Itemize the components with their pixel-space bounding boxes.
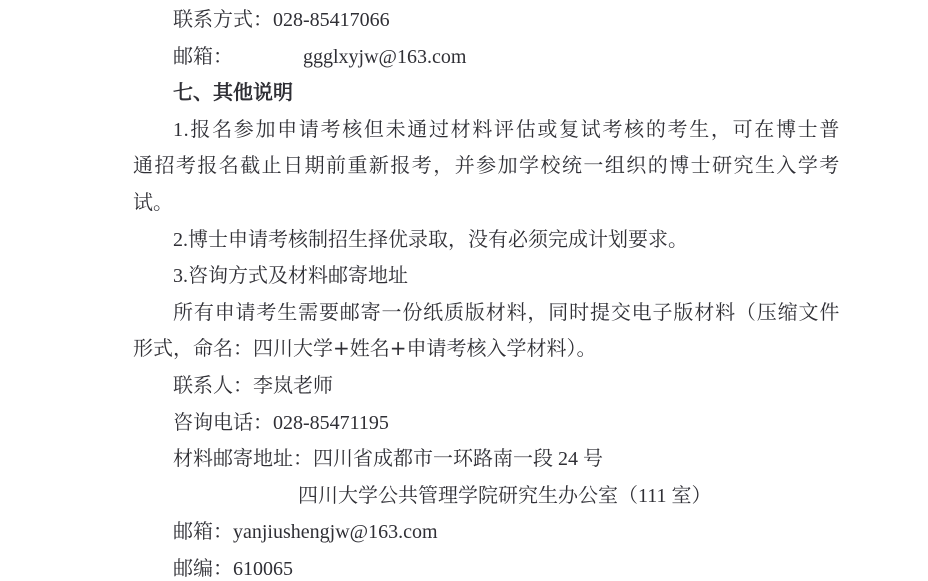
dept-email-address: ggglxyjw@163.com [303,46,466,68]
postcode-line: 邮编：610065 [133,550,840,581]
mailing-address-street: 四川省成都市一环路南一段 [313,446,553,470]
mailing-note-line2-text: 形式，命名：四川大学+姓名+申请考核入学材料）。 [133,336,597,360]
item2-number: 2. [173,229,188,251]
email-line: 邮箱：yanjiushengjw@163.com [133,513,840,550]
inquiry-phone-number: 028-85471195 [273,412,389,434]
mailing-note-line2: 形式，命名：四川大学+姓名+申请考核入学材料）。 [133,330,840,367]
inquiry-phone-line: 咨询电话：028-85471195 [133,404,840,441]
dept-contact-phone: 028-85417066 [273,9,390,31]
item1-line2: 通招考报名截止日期前重新报考，并参加学校统一组织的博士研究生入学考 [133,147,840,184]
section-heading-text: 七、其他说明 [173,80,293,104]
dept-contact-line: 联系方式：028-85417066 [133,1,840,38]
item1-line3: 试。 [133,184,840,221]
mailing-address-line2: 四川大学公共管理学院研究生办公室（111 室） [133,477,840,514]
email-label: 邮箱： [173,519,233,543]
item3-line: 3.咨询方式及材料邮寄地址 [133,257,840,294]
item1-line1-text: 报名参加申请考核但未通过材料评估或复试考核的考生，可在博士普 [189,117,840,141]
document-page: 联系方式：028-85417066 邮箱： ggglxyjw@163.com 七… [0,0,928,581]
contact-person-label: 联系人： [173,373,253,397]
postcode-value: 610065 [233,558,293,580]
mailing-address-line1: 材料邮寄地址：四川省成都市一环路南一段 24 号 [133,440,840,477]
mailing-note-line1: 所有申请考生需要邮寄一份纸质版材料，同时提交电子版材料（压缩文件 [133,294,840,331]
item2-text: 博士申请考核制招生择优录取，没有必须完成计划要求。 [188,227,688,251]
mailing-note-line1-text: 所有申请考生需要邮寄一份纸质版材料，同时提交电子版材料（压缩文件 [173,300,840,324]
mailing-address-room-number: 111 [638,485,672,507]
dept-email-label: 邮箱： [173,44,303,68]
mailing-address-label: 材料邮寄地址： [173,446,313,470]
item1-line2-text: 通招考报名截止日期前重新报考，并参加学校统一组织的博士研究生入学考 [133,153,840,177]
section-heading: 七、其他说明 [133,74,840,111]
item3-number: 3. [173,265,188,287]
item2-line: 2.博士申请考核制招生择优录取，没有必须完成计划要求。 [133,221,840,258]
postcode-label: 邮编： [173,556,233,580]
item1-line3-text: 试。 [133,190,173,214]
inquiry-phone-label: 咨询电话： [173,410,273,434]
contact-person-name: 李岚老师 [253,373,333,397]
dept-contact-label: 联系方式： [173,7,273,31]
mailing-address-street-suffix: 号 [583,446,603,470]
item1-line1: 1.报名参加申请考核但未通过材料评估或复试考核的考生，可在博士普 [133,111,840,148]
contact-person-line: 联系人：李岚老师 [133,367,840,404]
item1-number: 1. [173,119,189,141]
mailing-address-street-number: 24 [553,448,583,470]
mailing-address-office: 四川大学公共管理学院研究生办公室（ [298,483,638,507]
item3-text: 咨询方式及材料邮寄地址 [188,263,408,287]
mailing-address-room-suffix: 室） [672,483,712,507]
dept-email-line: 邮箱： ggglxyjw@163.com [133,38,840,75]
email-address: yanjiushengjw@163.com [233,521,438,543]
